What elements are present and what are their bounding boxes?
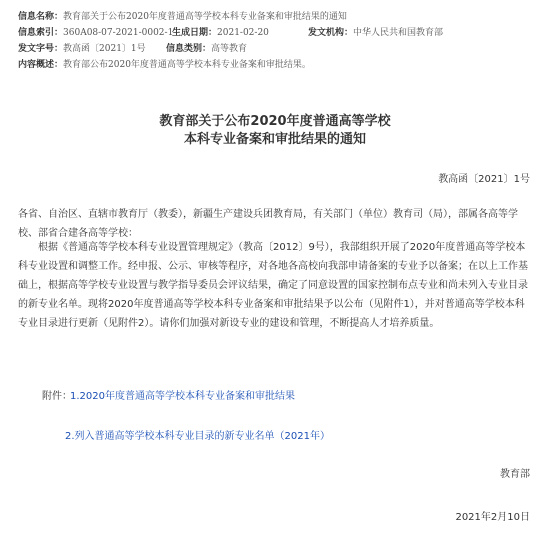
- summary-label: 内容概述：: [18, 60, 63, 70]
- attachments-label: 附件：: [42, 389, 72, 405]
- doc-number-label: 发文字号：: [18, 44, 63, 54]
- document-title: 教育部关于公布2020年度普通高等学校 本科专业备案和审批结果的通知: [0, 113, 550, 149]
- sign-date: 2021年2月10日: [455, 508, 530, 523]
- info-name-value: 教育部关于公布2020年度普通高等学校本科专业备案和审批结果的通知: [63, 12, 347, 22]
- meta-row-summary: 内容概述：教育部公布2020年度普通高等学校本科专业备案和审批结果。: [18, 57, 538, 73]
- info-name-label: 信息名称：: [18, 12, 63, 22]
- generated-date-label: 生成日期：: [172, 28, 217, 38]
- meta-row-name: 信息名称：教育部关于公布2020年度普通高等学校本科专业备案和审批结果的通知: [18, 9, 538, 25]
- issuer-label: 发文机构：: [308, 28, 353, 38]
- signature: 教育部: [500, 465, 530, 480]
- generated-date-value: 2021-02-20: [217, 28, 269, 38]
- attachment-link-2[interactable]: 2.列入普通高等学校本科专业目录的新专业名单（2021年）: [65, 429, 330, 445]
- title-line-1: 教育部关于公布2020年度普通高等学校: [0, 113, 550, 131]
- info-category-value: 高等教育: [211, 44, 247, 54]
- title-line-2: 本科专业备案和审批结果的通知: [0, 131, 550, 149]
- info-category-label: 信息类别：: [166, 44, 211, 54]
- info-index-label: 信息索引：: [18, 28, 63, 38]
- summary-value: 教育部公布2020年度普通高等学校本科专业备案和审批结果。: [63, 60, 311, 70]
- meta-row-index: 信息索引：360A08-07-2021-0002-1 生成日期：2021-02-…: [18, 25, 538, 41]
- info-index-value: 360A08-07-2021-0002-1: [63, 28, 173, 38]
- document-metadata: 信息名称：教育部关于公布2020年度普通高等学校本科专业备案和审批结果的通知 信…: [18, 9, 538, 73]
- issuer-value: 中华人民共和国教育部: [353, 28, 443, 38]
- meta-row-docno: 发文字号：教高函〔2021〕1号 信息类别：高等教育: [18, 41, 538, 57]
- body-paragraph: 根据《普通高等学校本科专业设置管理规定》（教高〔2012〕9号），我部组织开展了…: [18, 238, 530, 333]
- attachment-link-1[interactable]: 1.2020年度普通高等学校本科专业备案和审批结果: [70, 389, 295, 405]
- document-number: 教高函〔2021〕1号: [438, 170, 530, 185]
- doc-number-value: 教高函〔2021〕1号: [63, 44, 146, 54]
